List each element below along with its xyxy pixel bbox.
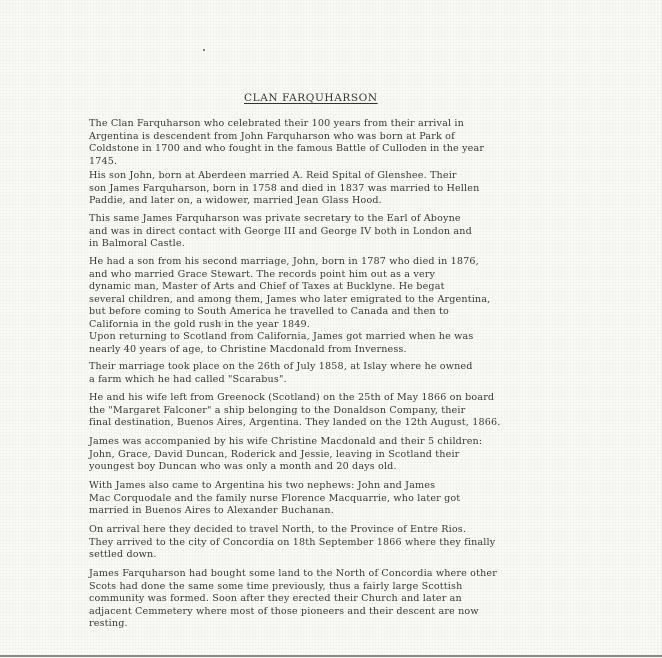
paragraph-line: With James also came to Argentina his tw…	[89, 480, 662, 493]
paragraph: The Clan Farquharson who celebrated thei…	[89, 118, 662, 168]
paragraph-line: He had a son from his second marriage, J…	[89, 256, 662, 269]
paragraph-line: final destination, Buenos Aires, Argenti…	[89, 417, 662, 430]
paragraph: This same James Farquharson was private …	[89, 213, 662, 251]
paragraph-line: Scots had done the same some time previo…	[89, 581, 662, 594]
paragraph-line: James Farquharson had bought some land t…	[89, 568, 662, 581]
paragraph-line: Argentina is descendent from John Farquh…	[89, 131, 662, 144]
paragraph-line: 1745.	[89, 156, 662, 169]
paragraph: Upon returning to Scotland from Californ…	[89, 331, 662, 356]
paragraph-line: and who married Grace Stewart. The recor…	[89, 269, 662, 282]
paragraph-line: and was in direct contact with George II…	[89, 226, 662, 239]
paragraph: His son John, born at Aberdeen married A…	[89, 170, 662, 208]
paragraph-line: youngest boy Duncan who was only a month…	[89, 461, 662, 474]
paragraph-line: California in the gold rush in the year …	[89, 319, 662, 332]
paragraph-line: a farm which he had called "Scarabus".	[89, 374, 662, 387]
paragraph-line: Mac Corquodale and the family nurse Flor…	[89, 493, 662, 506]
paragraph: With James also came to Argentina his tw…	[89, 480, 662, 518]
paragraph: On arrival here they decided to travel N…	[89, 524, 662, 562]
document-title: CLAN FARQUHARSON	[244, 92, 378, 104]
scan-speck	[203, 49, 205, 51]
paragraph: Their marriage took place on the 26th of…	[89, 361, 662, 386]
paragraph: He had a son from his second marriage, J…	[89, 256, 662, 332]
paragraph-line: On arrival here they decided to travel N…	[89, 524, 662, 537]
paragraph-line: He and his wife left from Greenock (Scot…	[89, 392, 662, 405]
paragraph-line: son James Farquharson, born in 1758 and …	[89, 183, 662, 196]
paragraph-line: Upon returning to Scotland from Californ…	[89, 331, 662, 344]
paragraph-line: The Clan Farquharson who celebrated thei…	[89, 118, 662, 131]
paragraph-line: Their marriage took place on the 26th of…	[89, 361, 662, 374]
paragraph-line: community was formed. Soon after they er…	[89, 593, 662, 606]
paragraph-line: Coldstone in 1700 and who fought in the …	[89, 143, 662, 156]
paragraph-line: adjacent Cemmetery where most of those p…	[89, 606, 662, 619]
paragraph-line: the "Margaret Falconer" a ship belonging…	[89, 405, 662, 418]
scanned-document-page: CLAN FARQUHARSON The Clan Farquharson wh…	[0, 0, 662, 657]
paragraph-line: They arrived to the city of Concordia on…	[89, 537, 662, 550]
paragraph-line: married in Buenos Aires to Alexander Buc…	[89, 505, 662, 518]
paragraph-line: several children, and among them, James …	[89, 294, 662, 307]
paragraph-line: settled down.	[89, 549, 662, 562]
paragraph-line: His son John, born at Aberdeen married A…	[89, 170, 662, 183]
paragraph-line: in Balmoral Castle.	[89, 238, 662, 251]
faint-stamp-mark: 510	[212, 321, 223, 328]
paragraph: James was accompanied by his wife Christ…	[89, 436, 662, 474]
paragraph-line: dynamic man, Master of Arts and Chief of…	[89, 281, 662, 294]
paragraph-line: This same James Farquharson was private …	[89, 213, 662, 226]
paragraph-line: John, Grace, David Duncan, Roderick and …	[89, 449, 662, 462]
paragraph-line: resting.	[89, 618, 662, 631]
paragraph-line: Paddie, and later on, a widower, married…	[89, 195, 662, 208]
paragraph: James Farquharson had bought some land t…	[89, 568, 662, 631]
paragraph-line: but before coming to South America he tr…	[89, 306, 662, 319]
paragraph-line: nearly 40 years of age, to Christine Mac…	[89, 344, 662, 357]
paragraph-line: James was accompanied by his wife Christ…	[89, 436, 662, 449]
paragraph: He and his wife left from Greenock (Scot…	[89, 392, 662, 430]
